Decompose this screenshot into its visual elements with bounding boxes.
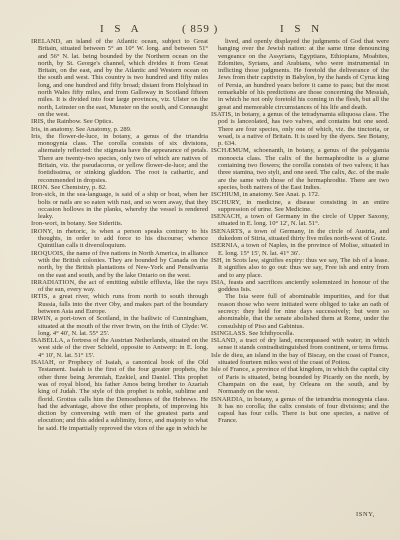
entry-text: in the sea-language, is said of a ship o… (38, 191, 208, 220)
dictionary-entry: ISERNIA, a town of Naples, in the provin… (211, 242, 389, 257)
entry-headword: ISINGLASS. (211, 330, 247, 337)
entry-headword: ISATIS, (211, 111, 233, 118)
entry-headword: Iris, (31, 133, 42, 140)
dictionary-entry: ISNARDIA, in botany, a genus of the tetr… (211, 396, 389, 425)
page-number: ( 859 ) (182, 23, 218, 35)
entry-headword: IRTIS, (31, 293, 49, 300)
dictionary-entry: Iris, the flower-de-luce, in botany, a g… (31, 133, 208, 184)
right-column: lived, and openly displayed the judgment… (211, 38, 389, 425)
entry-headword: IRRADIATION, (31, 279, 76, 286)
dictionary-entry: Isle of France, a province of that kingd… (211, 366, 389, 395)
entry-text: an island of the Atlantic ocean, subject… (38, 38, 208, 118)
entry-text: in anatomy. See Anat. p. 172. (241, 191, 320, 198)
header-left: I S A (100, 23, 143, 35)
entry-headword: IRELAND, (31, 38, 62, 45)
entry-headword: ISERNIA, (211, 242, 239, 249)
entry-text: or Prophecy of Isaiah, a canonical book … (38, 359, 208, 432)
entry-headword: ISAIAH, (31, 359, 56, 366)
entry-text: a town of Naples, in the province of Mol… (218, 242, 389, 256)
dictionary-entry: Iris, in anatomy. See Anatomy, p. 289. (31, 126, 208, 133)
entry-text: in botany, a genus of the tetradynamia s… (218, 111, 389, 147)
left-column: IRELAND, an island of the Atlantic ocean… (31, 38, 208, 432)
entry-headword: IRON. (31, 184, 49, 191)
entry-headword: Isle of France, (211, 366, 250, 373)
entry-headword: IRWIN, (31, 315, 53, 322)
dictionary-entry: IRWIN, a port-town of Scotland, in the b… (31, 315, 208, 337)
entry-headword: ISNARDIA, (211, 396, 245, 403)
entry-headword: Iron-sick, (31, 191, 57, 198)
dictionary-entry: IRELAND, an island of the Atlantic ocean… (31, 38, 208, 118)
entry-text: lived, and openly displayed the judgment… (218, 38, 389, 111)
dictionary-entry: ISABELLA, a fortress of the Austrian Net… (31, 337, 208, 359)
entry-headword: ISCHÆMUM, (211, 147, 251, 154)
dictionary-entry: ISCHURY, in medicine, a disease consisti… (211, 199, 389, 214)
dictionary-page: I S A ( 859 ) I S N IRELAND, an island o… (0, 0, 400, 540)
dictionary-entry: ISENARTS, a town of Germany, in the circ… (211, 228, 389, 243)
entry-text: See Chemistry, p. 82. (49, 184, 107, 191)
running-header: I S A ( 859 ) I S N (0, 23, 400, 37)
dictionary-entry: ISLAND, a tract of dry land, encompassed… (211, 337, 389, 352)
entry-text: in medicine, a disease consisting in an … (218, 199, 389, 213)
entry-text: a port-town of Scotland, in the bailiwic… (38, 315, 208, 337)
dictionary-entry: Iron-wort, in botany. See Sideritis. (31, 220, 208, 227)
dictionary-entry: ISCHÆMUM, schoenanth, in botany, a genus… (211, 147, 389, 191)
dictionary-entry: The Isia were full of abominable impurit… (211, 293, 389, 329)
catchword: ISNY, (356, 511, 375, 518)
entry-headword: ISENARTS, (211, 228, 244, 235)
entry-text: a town of Germany, in the circle of Aust… (218, 228, 389, 242)
dictionary-entry: IRTIS, a great river, which runs from no… (31, 293, 208, 315)
entry-headword: IRONY, (31, 228, 53, 235)
entry-text: a town of Germany in the circle of Upper… (218, 213, 389, 227)
dictionary-entry: Isle de dieu, an island in the bay of Bi… (211, 352, 389, 367)
entry-headword: ISLAND, (211, 337, 237, 344)
dictionary-entry: lived, and openly displayed the judgment… (211, 38, 389, 111)
entry-headword: IRIS, (31, 118, 46, 125)
entry-text: in rhetoric, is when a person speaks con… (38, 228, 208, 250)
entry-text: the Rainbow. See Optics. (46, 118, 114, 125)
dictionary-entry: ISINGLASS. See Ichthyocolla. (211, 330, 389, 337)
dictionary-entry: IRON. See Chemistry, p. 82. (31, 184, 208, 191)
entry-headword: IROQUOIS, (31, 250, 65, 257)
entry-headword: ISENACH, (211, 213, 242, 220)
dictionary-entry: ISENACH, a town of Germany in the circle… (211, 213, 389, 228)
entry-headword: Iris, (31, 126, 42, 133)
entry-text: an island in the bay of Biscay, on the c… (218, 352, 389, 366)
entry-text: The Isia were full of abominable impurit… (218, 293, 389, 329)
entry-text: See Ichthyocolla. (247, 330, 294, 337)
dictionary-entry: IROQUOIS, the name of five nations in No… (31, 250, 208, 279)
header-right: I S N (280, 23, 323, 35)
entry-text: in Scots law, signifies expiry: thus we … (218, 257, 389, 279)
dictionary-entry: ISIA, feasts and sacrifices anciently so… (211, 279, 389, 294)
entry-text: a tract of dry land, encompassed with wa… (218, 337, 389, 351)
dictionary-entry: Iron-sick, in the sea-language, is said … (31, 191, 208, 220)
dictionary-entry: ISH, in Scots law, signifies expiry: thu… (211, 257, 389, 279)
entry-text: in anatomy. See Anatomy, p. 289. (42, 126, 132, 133)
entry-headword: ISIA, (211, 279, 226, 286)
entry-headword: Iron-wort, (31, 220, 59, 227)
entry-text: schoenanth, in botany, a genus of the po… (218, 147, 389, 190)
dictionary-entry: ISAIAH, or Prophecy of Isaiah, a canonic… (31, 359, 208, 432)
dictionary-entry: ISATIS, in botany, a genus of the tetrad… (211, 111, 389, 147)
dictionary-entry: IRIS, the Rainbow. See Optics. (31, 118, 208, 125)
entry-headword: ISCHURY, (211, 199, 241, 206)
entry-text: in botany. See Sideritis. (59, 220, 123, 227)
entry-headword: ISH, (211, 257, 224, 264)
entry-headword: ISABELLA, (31, 337, 65, 344)
dictionary-entry: ISCHIUM, in anatomy. See Anat. p. 172. (211, 191, 389, 198)
dictionary-entry: IRRADIATION, the act of emitting subtile… (31, 279, 208, 294)
entry-headword: Isle de dieu, (211, 352, 245, 359)
entry-headword: ISCHIUM, (211, 191, 241, 198)
entry-text: a great river, which runs from north to … (38, 293, 208, 315)
dictionary-entry: IRONY, in rhetoric, is when a person spe… (31, 228, 208, 250)
entry-text: the flower-de-luce, in botany, a genus o… (38, 133, 208, 184)
entry-text: feasts and sacrifices anciently solemniz… (218, 279, 389, 293)
